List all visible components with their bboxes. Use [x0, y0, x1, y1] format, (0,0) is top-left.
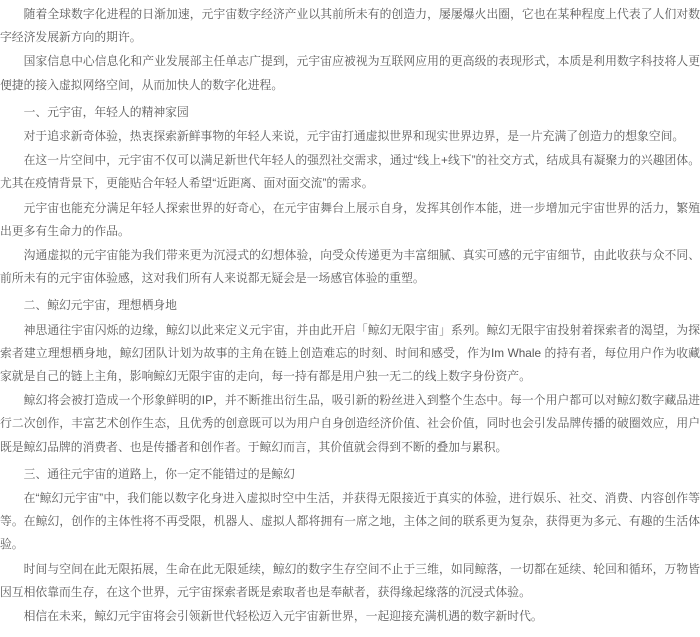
paragraph: 随着全球数字化进程的日渐加速，元宇宙数字经济产业以其前所未有的创造力，屡屡爆火出…: [0, 3, 700, 49]
section-heading: 二、鲸幻元宇宙，理想栖身地: [0, 294, 700, 317]
paragraph: 在这一片空间中，元宇宙不仅可以满足新世代年轻人的强烈社交需求，通过“线上+线下”…: [0, 149, 700, 195]
paragraph: 鲸幻将会被打造成一个形象鲜明的IP，并不断推出衍生品，吸引新的粉丝进入到整个生态…: [0, 389, 700, 459]
paragraph: 国家信息中心信息化和产业发展部主任单志广提到，元宇宙应被视为互联网应用的更高级的…: [0, 50, 700, 96]
paragraph: 相信在未来，鲸幻元宇宙将会引领新世代轻松迈入元宇宙新世界，一起迎接充满机遇的数字…: [0, 605, 700, 628]
section-heading: 三、通往元宇宙的道路上，你一定不能错过的是鲸幻: [0, 463, 700, 486]
article-body: 随着全球数字化进程的日渐加速，元宇宙数字经济产业以其前所未有的创造力，屡屡爆火出…: [0, 0, 700, 628]
paragraph: 对于追求新奇体验，热衷探索新鲜事物的年轻人来说，元宇宙打通虚拟世界和现实世界边界…: [0, 125, 700, 148]
paragraph: 元宇宙也能充分满足年轻人探索世界的好奇心，在元宇宙舞台上展示自身，发挥其创作本能…: [0, 197, 700, 243]
paragraph: 在“鲸幻元宇宙”中，我们能以数字化身进入虚拟时空中生活，并获得无限接近于真实的体…: [0, 487, 700, 557]
section-heading: 一、元宇宙，年轻人的精神家园: [0, 101, 700, 124]
document-page: 随着全球数字化进程的日渐加速，元宇宙数字经济产业以其前所未有的创造力，屡屡爆火出…: [0, 0, 700, 637]
paragraph: 神思通往宇宙闪烁的边缘，鲸幻以此来定义元宇宙，并由此开启「鲸幻无限宇宙」系列。鲸…: [0, 319, 700, 389]
paragraph: 沟通虚拟的元宇宙能为我们带来更为沉浸式的幻想体验，向受众传递更为丰富细腻、真实可…: [0, 244, 700, 290]
paragraph: 时间与空间在此无限拓展，生命在此无限延续，鲸幻的数字生存空间不止于三维，如同鲸落…: [0, 558, 700, 604]
